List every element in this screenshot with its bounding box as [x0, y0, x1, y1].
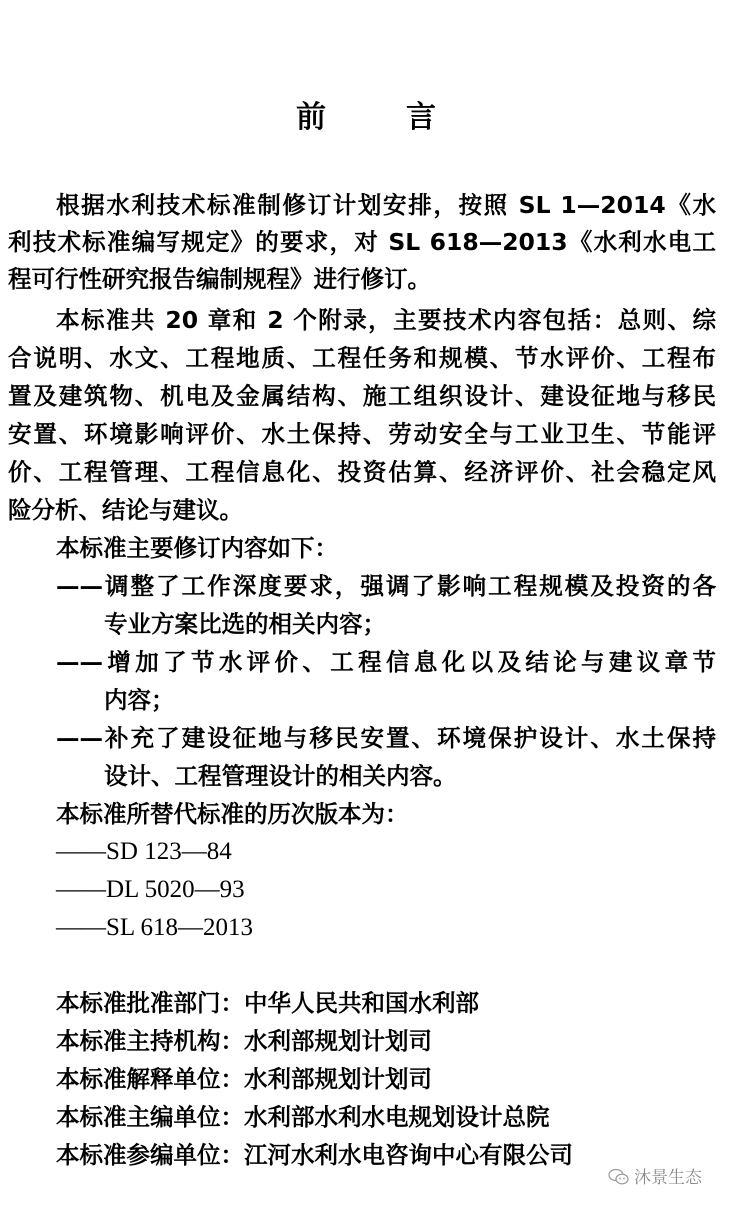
watermark-text: 沐景生态: [634, 1168, 702, 1188]
versions-intro: 本标准所替代标准的历次版本为：: [56, 799, 716, 829]
meta-label: 本标准批准部门：: [56, 989, 244, 1017]
para2-line1: 本标准共 20 章和 2 个附录，主要技术内容包括：总则、综: [56, 305, 716, 335]
revision-2-line1: ——增加了节水评价、工程信息化以及结论与建议章节: [56, 647, 716, 677]
para2-line2: 合说明、水文、工程地质、工程任务和规模、节水评价、工程布: [8, 343, 716, 373]
meta-value: 水利部水利水电规划设计总院: [244, 1103, 550, 1131]
meta-label: 本标准主持机构：: [56, 1027, 244, 1055]
para1-line1: 根据水利技术标准制修订计划安排，按照 SL 1—2014《水: [56, 190, 716, 220]
meta-value: 江河水利水电咨询中心有限公司: [244, 1141, 573, 1169]
para1-line3: 程可行性研究报告编制规程》进行修订。: [8, 264, 716, 294]
meta-label: 本标准解释单位：: [56, 1065, 244, 1093]
title-char: 前: [296, 92, 326, 136]
title-char: 言: [406, 92, 436, 136]
page-title: 前言: [0, 92, 732, 136]
para2-line5: 价、工程管理、工程信息化、投资估算、经济评价、社会稳定风: [8, 457, 716, 487]
version-item: ——SL 618—2013: [56, 913, 716, 943]
meta-label: 本标准参编单位：: [56, 1141, 244, 1169]
watermark: 沐景生态: [608, 1163, 702, 1188]
para2-line4: 安置、环境影响评价、水土保持、劳动安全与工业卫生、节能评: [8, 419, 716, 449]
meta-chief-editor: 本标准主编单位：水利部水利水电规划设计总院: [56, 1102, 716, 1132]
revision-3-line2: 设计、工程管理设计的相关内容。: [104, 761, 716, 791]
meta-host: 本标准主持机构：水利部规划计划司: [56, 1026, 716, 1056]
meta-interpret: 本标准解释单位：水利部规划计划司: [56, 1064, 716, 1094]
revisions-intro: 本标准主要修订内容如下：: [56, 533, 716, 563]
revision-1-line1: ——调整了工作深度要求，强调了影响工程规模及投资的各: [56, 571, 716, 601]
revision-3-line1: ——补充了建设征地与移民安置、环境保护设计、水土保持: [56, 723, 716, 753]
version-item: ——SD 123—84: [56, 837, 716, 867]
para2-line6: 险分析、结论与建议。: [8, 495, 716, 525]
meta-value: 水利部规划计划司: [244, 1065, 432, 1093]
meta-value: 中华人民共和国水利部: [244, 989, 479, 1017]
meta-label: 本标准主编单位：: [56, 1103, 244, 1131]
para2-line3: 置及建筑物、机电及金属结构、施工组织设计、建设征地与移民: [8, 381, 716, 411]
meta-value: 水利部规划计划司: [244, 1027, 432, 1055]
revision-1-line2: 专业方案比选的相关内容；: [104, 609, 716, 639]
wechat-icon: [608, 1168, 630, 1186]
version-item: ——DL 5020—93: [56, 875, 716, 905]
revision-2-line2: 内容；: [104, 685, 716, 715]
para1-line2: 利技术标准编写规定》的要求，对 SL 618—2013《水利水电工: [8, 227, 716, 257]
meta-approval: 本标准批准部门：中华人民共和国水利部: [56, 988, 716, 1018]
